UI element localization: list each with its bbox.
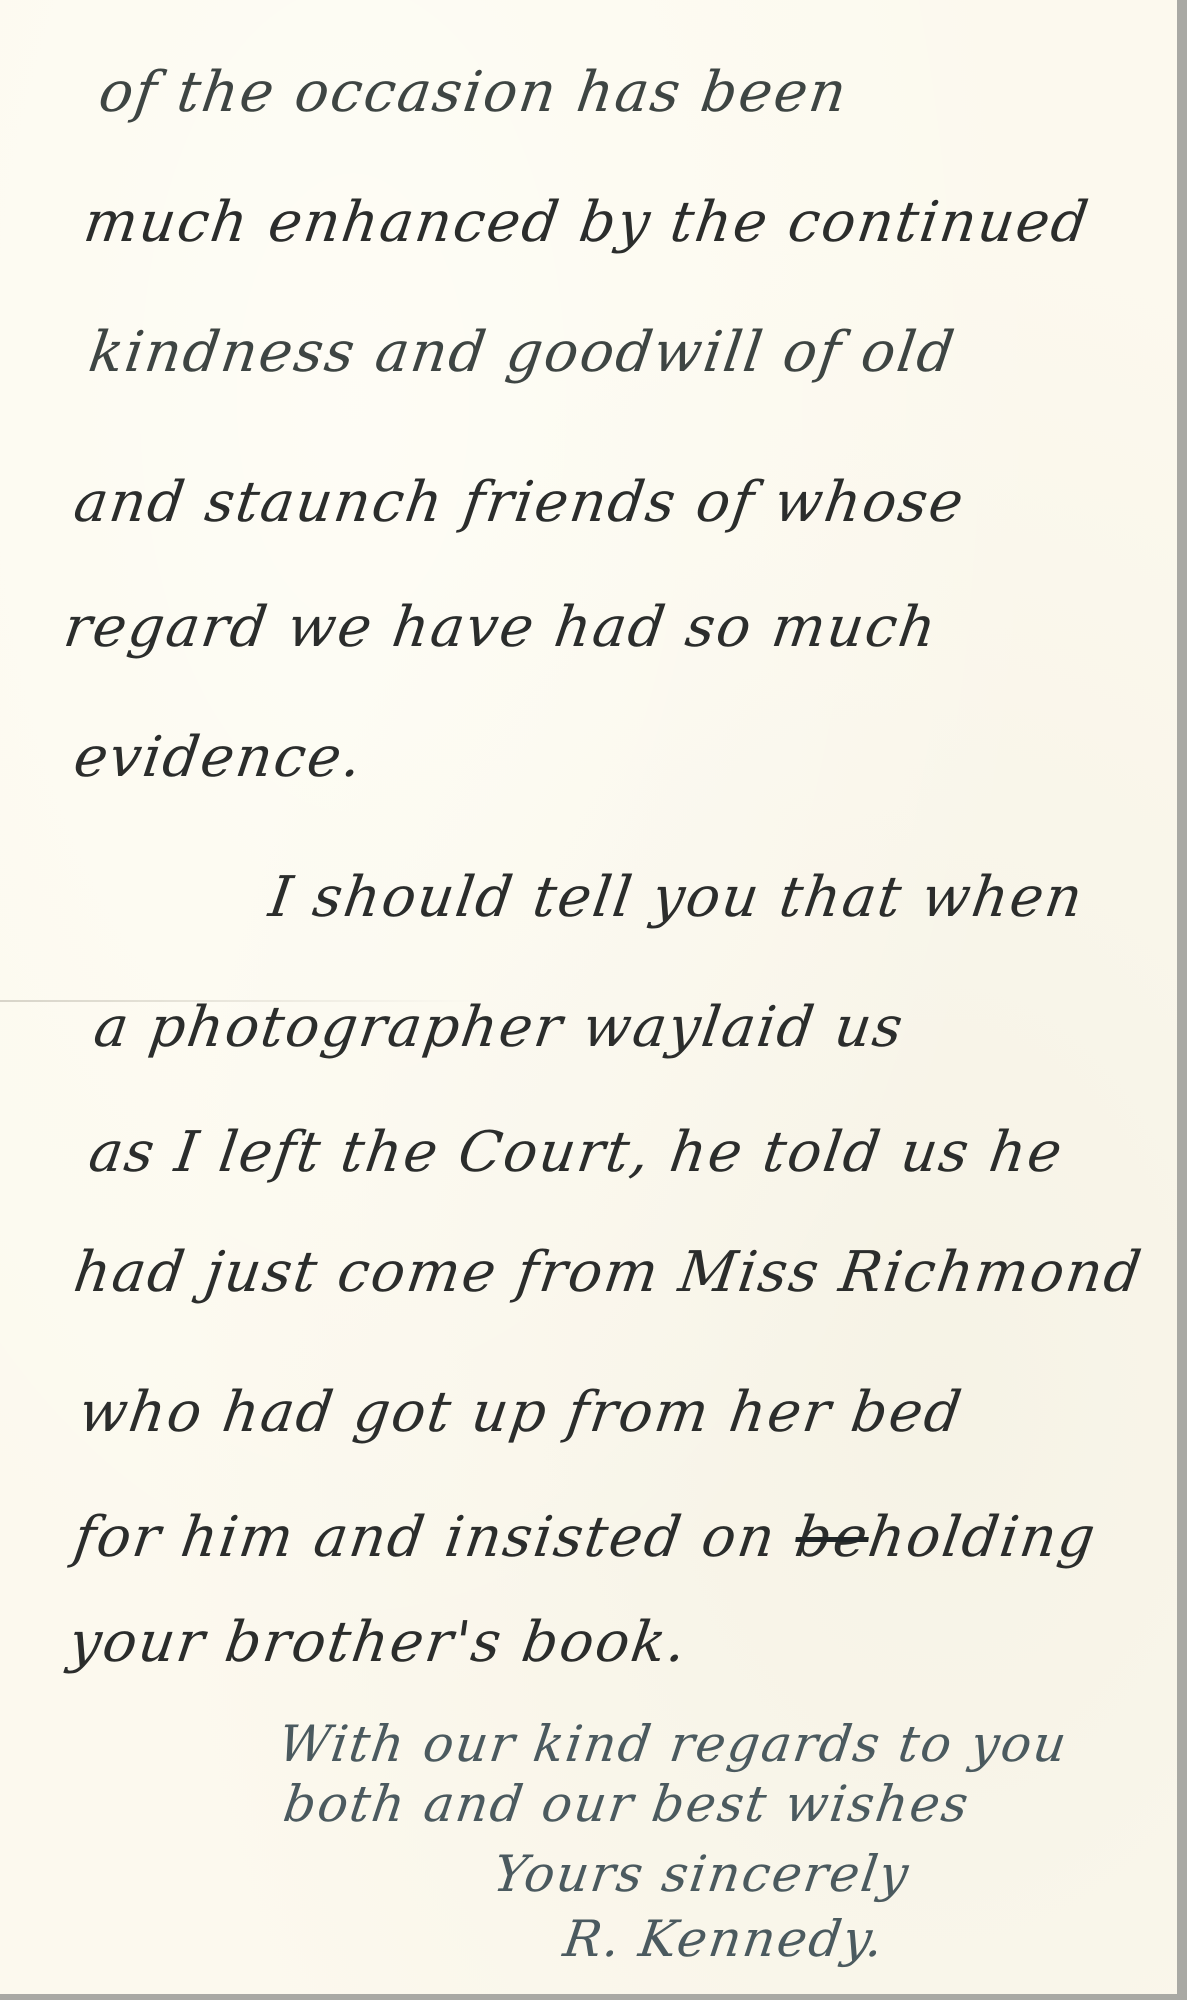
letter-line-4: and staunch friends of whose <box>70 470 969 535</box>
letter-line-10: had just come from Miss Richmond <box>70 1240 1147 1305</box>
struck-out-word: be <box>791 1505 873 1570</box>
valediction: Yours sincerely <box>490 1845 914 1903</box>
signature: R. Kennedy. <box>560 1910 889 1968</box>
letter-line-9: as I left the Court, he told us he <box>85 1120 1068 1185</box>
closing-line-1: With our kind regards to you <box>275 1715 1072 1773</box>
letter-page: of the occasion has been much enhanced b… <box>0 0 1177 1994</box>
letter-line-6: evidence. <box>70 725 367 790</box>
letter-line-3: kindness and goodwill of old <box>85 320 960 385</box>
letter-line-8: a photographer waylaid us <box>90 995 908 1060</box>
letter-line-12-start: for him and insisted on <box>70 1505 800 1570</box>
closing-line-2: both and our best wishes <box>280 1775 974 1833</box>
letter-line-12: for him and insisted on beholding <box>70 1505 1101 1570</box>
letter-line-2: much enhanced by the continued <box>80 190 1094 255</box>
letter-line-7: I should tell you that when <box>265 865 1088 930</box>
letter-line-12-end: holding <box>864 1505 1101 1570</box>
letter-line-13: your brother's book. <box>65 1610 692 1675</box>
letter-line-1: of the occasion has been <box>95 60 852 125</box>
letter-line-5: regard we have had so much <box>60 595 942 660</box>
letter-line-11: who had got up from her bed <box>75 1380 967 1445</box>
